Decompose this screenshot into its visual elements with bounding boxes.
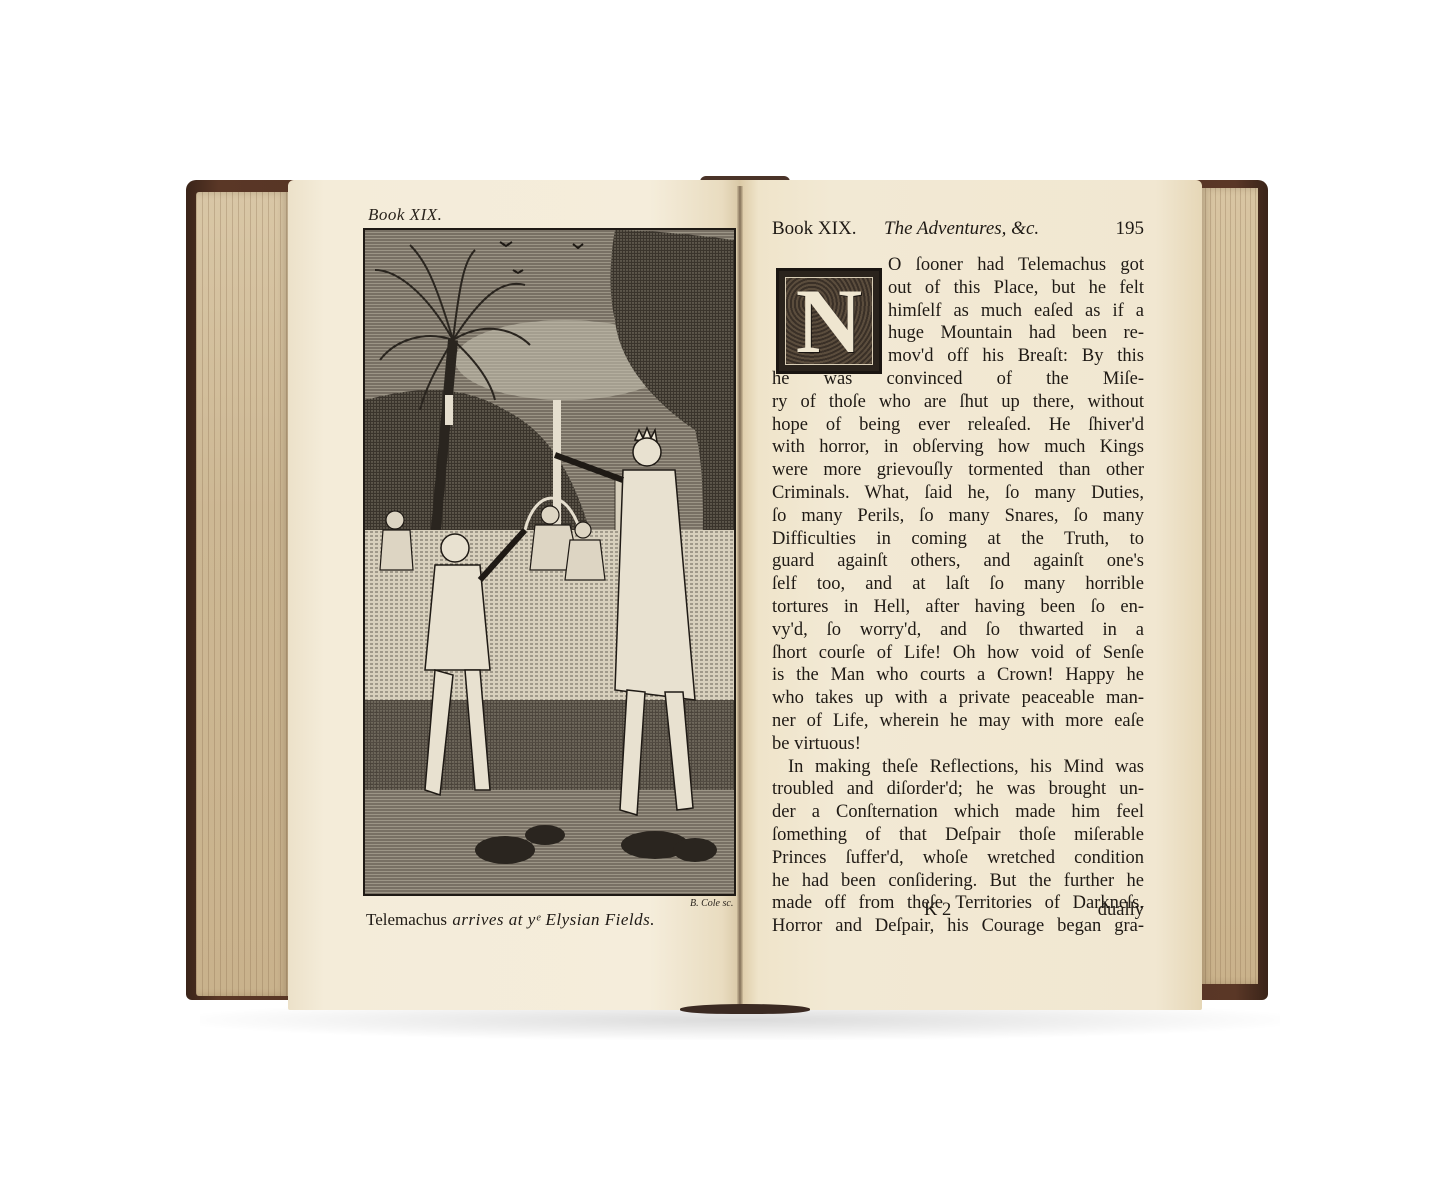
catchword: dually bbox=[1098, 900, 1144, 921]
text-line: ſo many Perils, ſo many Snares, ſo many bbox=[772, 505, 1144, 528]
text-line: he had been conſidering. But the further… bbox=[772, 870, 1144, 893]
left-page-header: Book XIX. bbox=[368, 205, 442, 225]
engraving-plate bbox=[363, 228, 736, 896]
drop-cap-ornament: N bbox=[785, 277, 873, 365]
engraving-illustration bbox=[365, 230, 734, 894]
text-line: hope of being ever releaſed. He ſhiver'd bbox=[772, 414, 1144, 437]
text-line: vy'd, ſo worry'd, and ſo thwarted in a bbox=[772, 619, 1144, 642]
drop-cap-letter: N bbox=[796, 275, 862, 367]
text-line: O ſooner had Telemachus got bbox=[888, 254, 1144, 277]
text-line: be virtuous! bbox=[772, 733, 1144, 756]
text-line: ry of thoſe who are ſhut up there, witho… bbox=[772, 391, 1144, 414]
text-line: huge Mountain had been re- bbox=[888, 322, 1144, 345]
text-line: himſelf as much eaſed as if a bbox=[888, 300, 1144, 323]
left-page-edges bbox=[196, 192, 290, 996]
text-line: mov'd off his Breaſt: By this bbox=[888, 345, 1144, 368]
drop-cap: N bbox=[776, 268, 882, 374]
body-text: he was convinced of the Miſe- ry of thoſ… bbox=[772, 368, 1144, 938]
spine-tailcap bbox=[680, 1004, 810, 1014]
text-line: tortures in Hell, after having been ſo e… bbox=[772, 596, 1144, 619]
caption-name: Telemachus bbox=[366, 910, 447, 929]
text-line: ſomething of that Deſpair thoſe miſerabl… bbox=[772, 824, 1144, 847]
header-book: Book XIX. bbox=[772, 218, 856, 240]
text-line: ſelf too, and at laſt ſo many horrible bbox=[772, 573, 1144, 596]
text-line: with horror, in obſerving how much Kings bbox=[772, 436, 1144, 459]
text-line: were more grievouſly tormented than othe… bbox=[772, 459, 1144, 482]
text-line: made off from theſe Territories of Darkn… bbox=[772, 892, 1144, 915]
right-page-edges bbox=[1200, 188, 1258, 984]
text-line: Difficulties in coming at the Truth, to bbox=[772, 528, 1144, 551]
text-line: ſhort courſe of Life! Oh how void of Sen… bbox=[772, 642, 1144, 665]
text-line: troubled and diſorder'd; he was brought … bbox=[772, 778, 1144, 801]
text-line: Horror and Deſpair, his Courage began gr… bbox=[772, 915, 1144, 938]
plate-caption: Telemachus arrives at yᵉ Elysian Fields. bbox=[366, 910, 655, 930]
text-line: he was convinced of the Miſe- bbox=[772, 368, 1144, 391]
signature-mark: K 2 bbox=[924, 900, 951, 921]
header-running-title: The Adventures, &c. bbox=[884, 218, 1039, 240]
text-line: is the Man who courts a Crown! Happy he bbox=[772, 664, 1144, 687]
text-line: ner of Life, wherein he may with more ea… bbox=[772, 710, 1144, 733]
text-line: who takes up with a private peaceable ma… bbox=[772, 687, 1144, 710]
text-line: guard againſt others, and againſt one's bbox=[772, 550, 1144, 573]
text-line: der a Conſternation which made him feel bbox=[772, 801, 1144, 824]
text-line: out of this Place, but he felt bbox=[888, 277, 1144, 300]
text-beside-drop-cap: O ſooner had Telemachus got out of this … bbox=[888, 254, 1144, 368]
caption-script: arrives at yᵉ Elysian Fields. bbox=[452, 910, 655, 929]
page-number: 195 bbox=[1116, 218, 1145, 240]
gutter bbox=[737, 186, 743, 1012]
text-line: Princes ſuffer'd, whoſe wretched conditi… bbox=[772, 847, 1144, 870]
text-line: Criminals. What, ſaid he, ſo many Duties… bbox=[772, 482, 1144, 505]
text-line: In making theſe Reflections, his Mind wa… bbox=[772, 756, 1144, 779]
engraver-signature: B. Cole sc. bbox=[690, 898, 733, 909]
